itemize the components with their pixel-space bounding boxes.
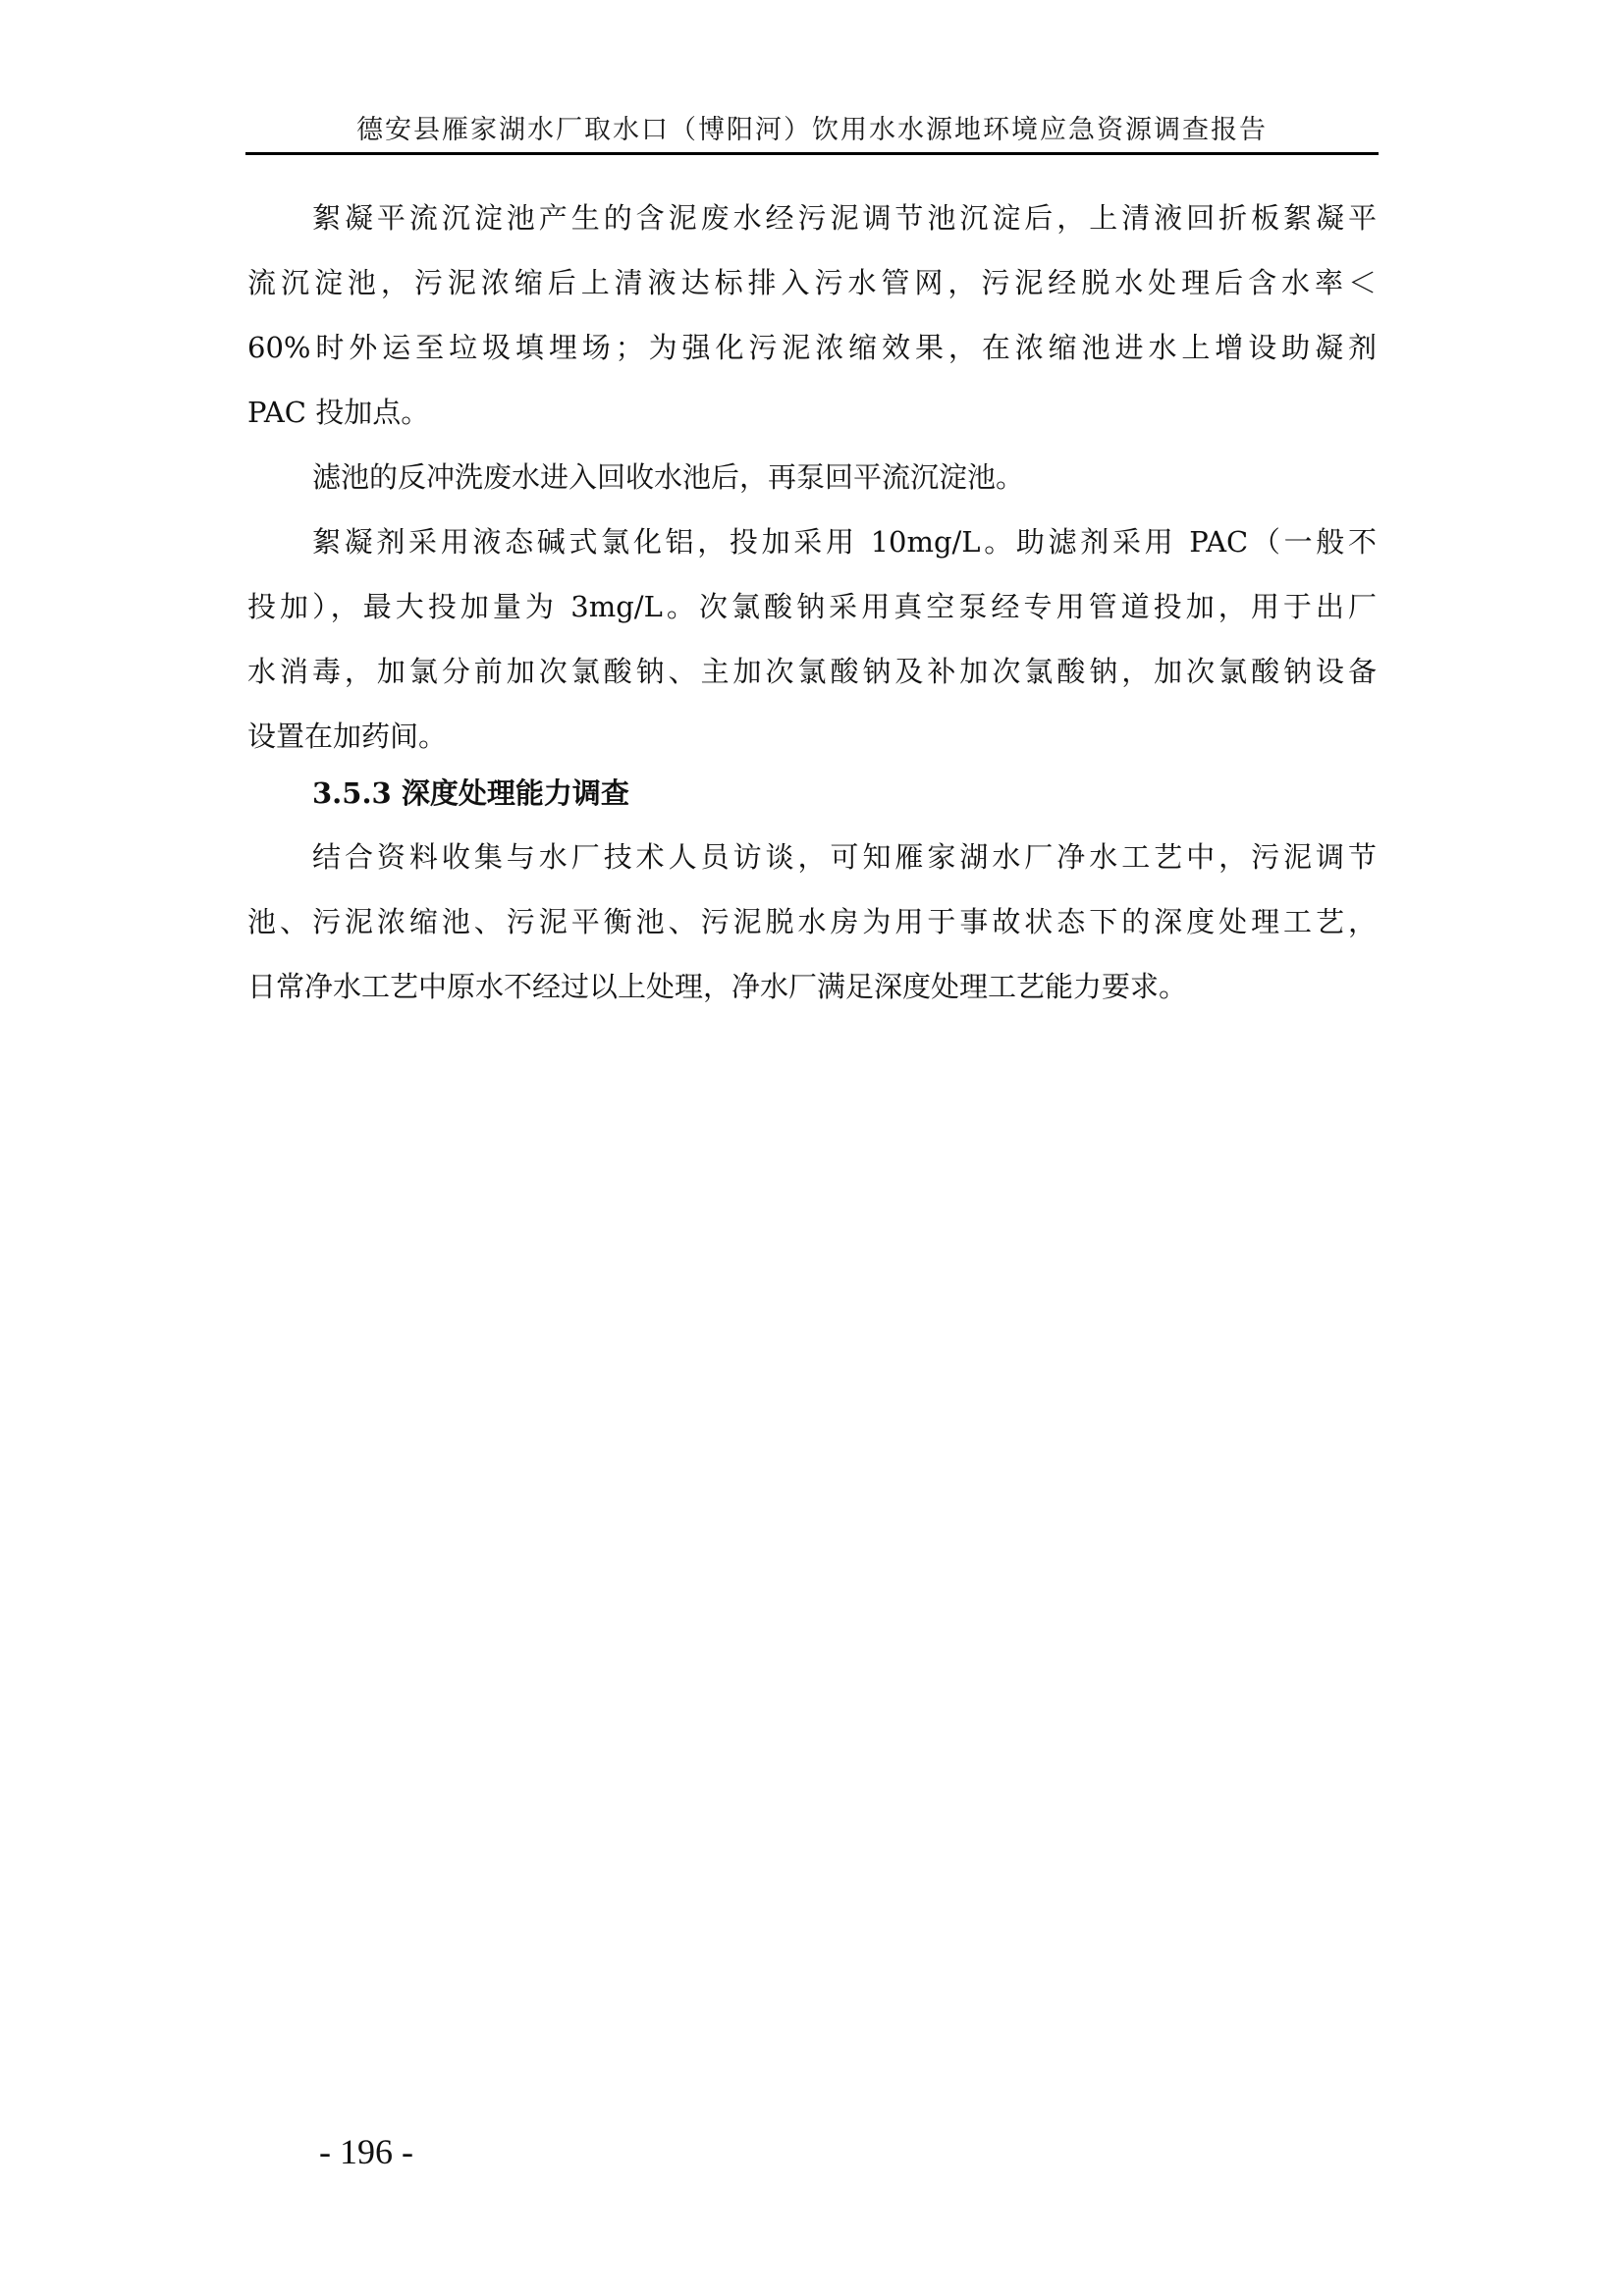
paragraph-1-line-4: PAC 投加点。 [247,393,1377,432]
paragraph-1-line-3: 60%时外运至垃圾填埋场；为强化污泥浓缩效果，在浓缩池进水上增设助凝剂 [247,328,1377,367]
paragraph-1-line-2: 流沉淀池，污泥浓缩后上清液达标排入污水管网，污泥经脱水处理后含水率＜ [247,263,1377,302]
paragraph-3-line-1: 絮凝剂采用液态碱式氯化铝，投加采用 10mg/L。助滤剂采用 PAC（一般不 [312,522,1377,561]
paragraph-1-line-1: 絮凝平流沉淀池产生的含泥废水经污泥调节池沉淀后，上清液回折板絮凝平 [312,198,1377,238]
paragraph-3-line-2: 投加），最大投加量为 3mg/L。次氯酸钠采用真空泵经专用管道投加，用于出厂 [247,587,1377,626]
section-paragraph-line-2: 池、污泥浓缩池、污泥平衡池、污泥脱水房为用于事故状态下的深度处理工艺， [247,902,1377,941]
running-header: 德安县雁家湖水厂取水口（博阳河）饮用水水源地环境应急资源调查报告 [245,114,1379,147]
paragraph-3-line-4: 设置在加药间。 [247,717,1377,756]
section-heading: 3.5.3 深度处理能力调查 [312,774,629,813]
header-rule [245,152,1379,155]
paragraph-3-line-3: 水消毒，加氯分前加次氯酸钠、主加次氯酸钠及补加次氯酸钠，加次氯酸钠设备 [247,652,1377,691]
section-paragraph-line-3: 日常净水工艺中原水不经过以上处理，净水厂满足深度处理工艺能力要求。 [247,967,1377,1006]
page-number: - 196 - [319,2132,413,2171]
document-page: 德安县雁家湖水厂取水口（博阳河）饮用水水源地环境应急资源调查报告 絮凝平流沉淀池… [0,0,1624,2296]
section-paragraph-line-1: 结合资料收集与水厂技术人员访谈，可知雁家湖水厂净水工艺中，污泥调节 [312,837,1377,877]
paragraph-2-line-1: 滤池的反冲洗废水进入回收水池后，再泵回平流沉淀池。 [312,457,1377,497]
